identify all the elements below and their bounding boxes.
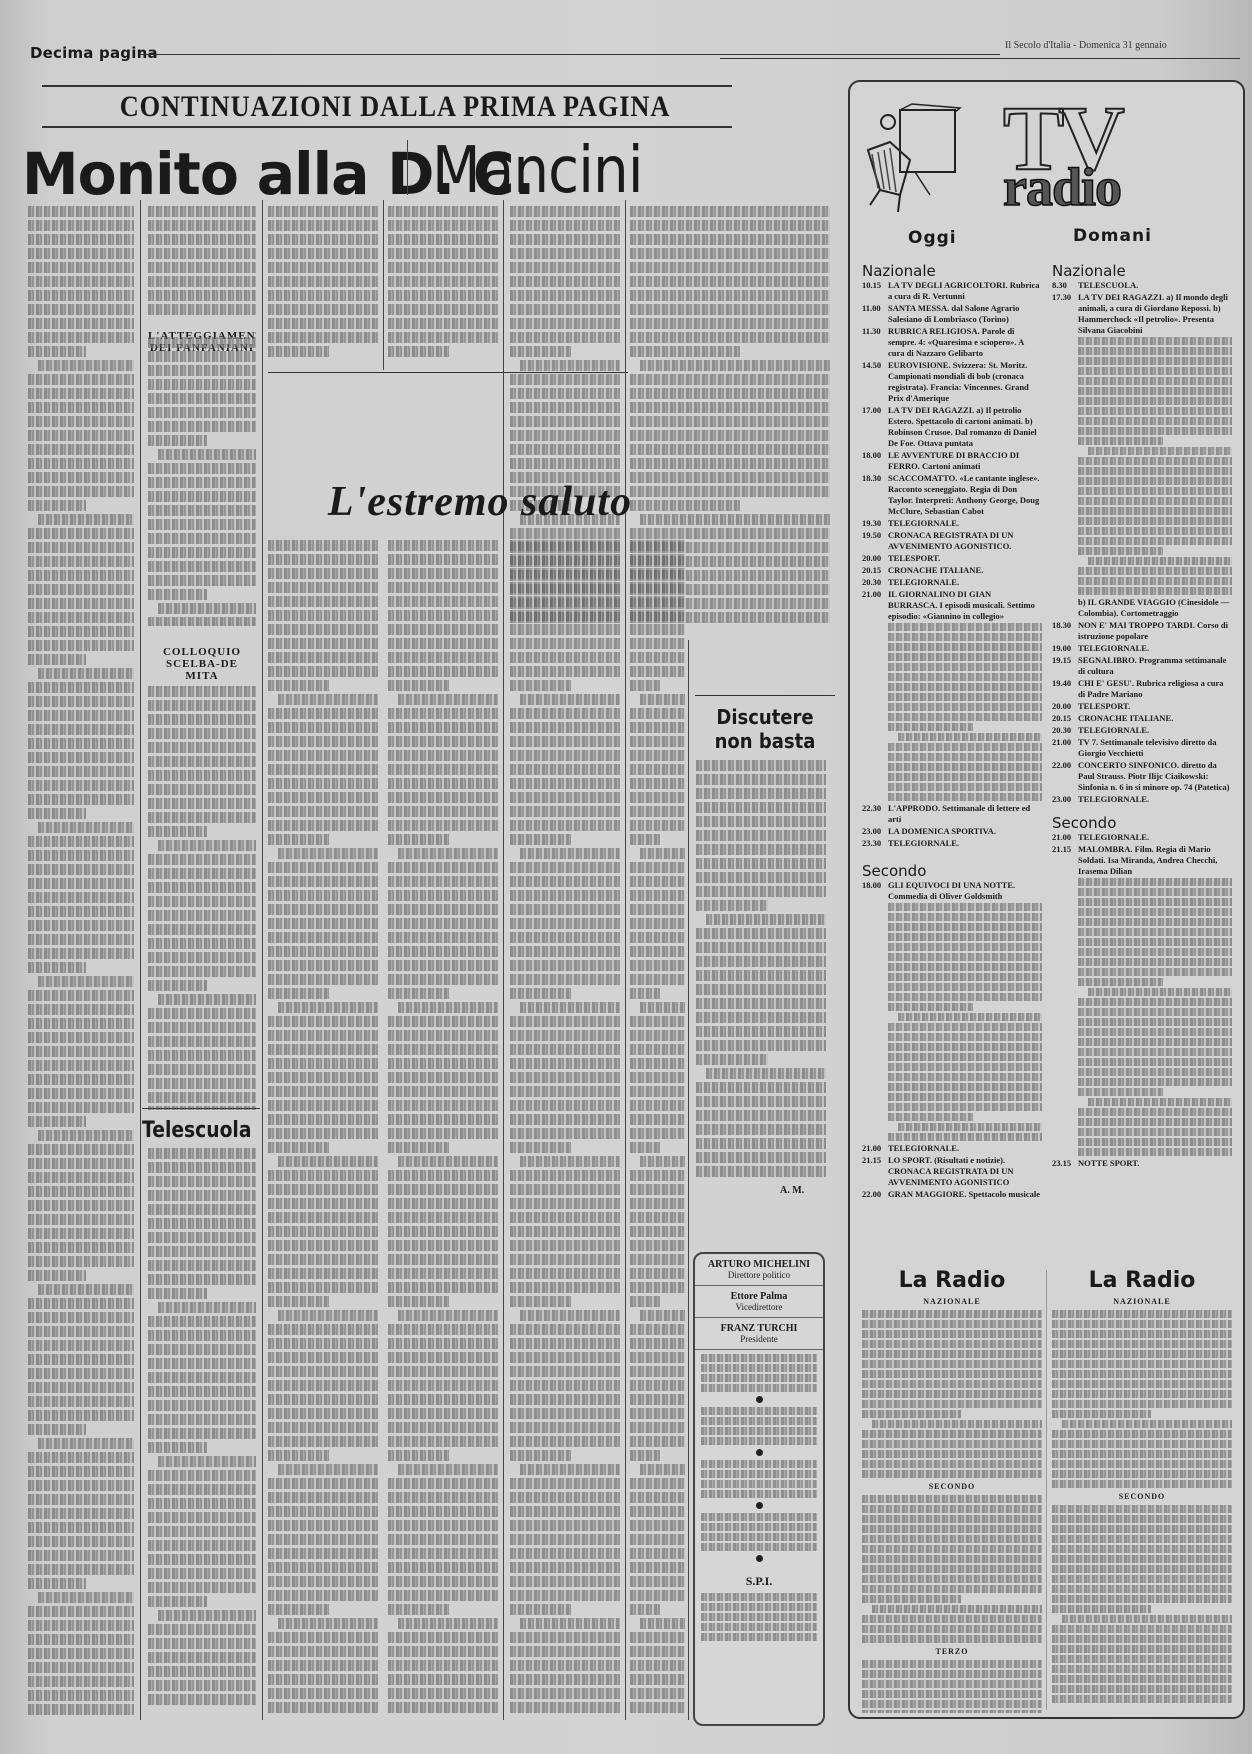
text-line xyxy=(1052,1605,1151,1613)
text-line xyxy=(28,990,134,1001)
text-line xyxy=(510,1702,620,1713)
text-line xyxy=(1052,1470,1232,1478)
text-line xyxy=(148,1232,256,1243)
text-line xyxy=(1078,1018,1232,1026)
text-line xyxy=(1052,1340,1232,1348)
text-line xyxy=(1088,988,1232,996)
text-line xyxy=(28,1312,134,1323)
program-title: MALOMBRA. Film. Regia di Mario Soldati. … xyxy=(1078,844,1232,877)
text-line xyxy=(1078,367,1232,375)
text-line xyxy=(28,738,134,749)
text-line xyxy=(268,666,378,677)
column-divider xyxy=(262,200,263,1720)
text-line xyxy=(888,1073,1042,1081)
text-line xyxy=(388,1380,498,1391)
text-line xyxy=(268,1114,378,1125)
radio-oggi: La RadioNAZIONALESECONDOTERZO xyxy=(862,1268,1042,1713)
text-line xyxy=(388,1128,498,1139)
text-line xyxy=(388,834,449,845)
text-line xyxy=(388,1184,498,1195)
text-line xyxy=(148,1358,256,1369)
text-line xyxy=(388,666,498,677)
text-line xyxy=(28,710,134,721)
text-line xyxy=(510,290,620,301)
text-line xyxy=(630,1604,660,1615)
text-line xyxy=(388,1296,449,1307)
text-line xyxy=(630,1254,685,1265)
text-line xyxy=(388,1254,498,1265)
program-time: 20.15 xyxy=(862,565,888,576)
text-line xyxy=(388,346,449,357)
text-line xyxy=(28,1340,134,1351)
program-title: IL GIORNALINO DI GIAN BURRASCA. I episod… xyxy=(888,589,1042,622)
staff-name: ARTURO MICHELINI xyxy=(699,1259,819,1270)
text-line xyxy=(158,840,256,851)
program-time: 11.00 xyxy=(862,303,888,325)
text-line xyxy=(630,1576,685,1587)
text-line xyxy=(388,736,498,747)
program-title: TELEGIORNALE. xyxy=(1078,794,1232,805)
discutere-rule xyxy=(695,695,835,696)
text-line xyxy=(630,960,685,971)
text-line xyxy=(630,1296,660,1307)
text-line xyxy=(148,854,256,865)
text-line xyxy=(510,554,620,565)
text-line xyxy=(268,1282,378,1293)
text-line xyxy=(510,1058,620,1069)
text-line xyxy=(268,1590,378,1601)
text-line xyxy=(701,1533,817,1541)
text-line xyxy=(630,638,685,649)
text-line xyxy=(696,956,826,967)
text-line xyxy=(696,1026,826,1037)
program-listing: 19.50CRONACA REGISTRATA DI UN AVVENIMENT… xyxy=(862,530,1042,552)
text-line xyxy=(148,1400,256,1411)
text-line xyxy=(630,1016,685,1027)
text-line xyxy=(510,1282,620,1293)
text-line xyxy=(278,1156,378,1167)
headline-saluto: L'estremo saluto xyxy=(270,478,690,526)
text-line xyxy=(701,1523,817,1531)
text-line xyxy=(630,1212,685,1223)
text-line xyxy=(28,1564,134,1575)
text-line xyxy=(510,904,620,915)
tv-listings-oggi: Nazionale10.15LA TV DEGLI AGRICOLTORI. R… xyxy=(862,262,1042,1262)
text-line xyxy=(28,1186,134,1197)
text-line xyxy=(148,938,256,949)
text-line xyxy=(862,1515,1042,1523)
program-title: NON E' MAI TROPPO TARDI. Corso di istruz… xyxy=(1078,620,1232,642)
text-line xyxy=(28,1508,134,1519)
text-line xyxy=(510,1674,620,1685)
text-line xyxy=(148,1638,256,1649)
text-line xyxy=(862,1460,1042,1468)
text-line xyxy=(28,850,134,861)
text-line xyxy=(268,932,378,943)
text-line xyxy=(888,763,1042,771)
text-line xyxy=(268,290,378,301)
text-line xyxy=(148,575,256,586)
text-line xyxy=(388,568,498,579)
text-line xyxy=(28,1634,134,1645)
text-line xyxy=(510,1114,620,1125)
text-line xyxy=(1078,567,1232,575)
text-line xyxy=(510,722,620,733)
text-line xyxy=(630,918,685,929)
article-column xyxy=(148,1148,256,1718)
text-line xyxy=(268,304,378,315)
column-divider xyxy=(503,200,504,1720)
text-line xyxy=(148,1246,256,1257)
text-line xyxy=(28,1032,134,1043)
program-time: 20.30 xyxy=(1052,725,1078,736)
article-column: L'ATTEGGIAMENTO DEI FANFANIANI xyxy=(148,206,256,626)
text-line xyxy=(28,1424,86,1435)
text-line xyxy=(28,388,134,399)
text-line xyxy=(862,1525,1042,1533)
text-line xyxy=(510,918,620,929)
text-line xyxy=(268,988,329,999)
text-line xyxy=(1078,898,1232,906)
text-line xyxy=(696,1082,826,1093)
staff-details xyxy=(695,1350,823,1570)
text-line xyxy=(630,388,830,399)
text-line xyxy=(148,686,256,697)
text-line xyxy=(388,1436,498,1447)
text-line xyxy=(510,764,620,775)
text-line xyxy=(510,750,620,761)
text-line xyxy=(268,1520,378,1531)
text-line xyxy=(1078,1058,1232,1066)
text-line xyxy=(388,290,498,301)
publisher-details xyxy=(695,1589,823,1647)
program-time: 10.15 xyxy=(862,280,888,302)
text-line xyxy=(388,1590,498,1601)
text-line xyxy=(510,528,620,539)
text-line xyxy=(630,332,830,343)
text-line xyxy=(28,1480,134,1491)
text-line xyxy=(701,1417,817,1425)
text-line xyxy=(630,1072,685,1083)
text-line xyxy=(28,1102,134,1113)
text-line xyxy=(510,374,620,385)
text-line xyxy=(1052,1575,1232,1583)
text-line xyxy=(388,596,498,607)
text-line xyxy=(520,848,620,859)
text-line xyxy=(1078,407,1232,415)
text-line xyxy=(268,554,378,565)
text-line xyxy=(520,1464,620,1475)
text-line xyxy=(1078,928,1232,936)
text-line xyxy=(630,1352,685,1363)
text-line xyxy=(28,1578,86,1589)
text-line xyxy=(388,234,498,245)
staff-item: Ettore PalmaVicedirettore xyxy=(695,1286,823,1318)
text-line xyxy=(148,1666,256,1677)
text-line xyxy=(630,750,685,761)
program-time: 21.00 xyxy=(1052,737,1078,759)
text-line xyxy=(148,1008,256,1019)
program-listing: 17.00LA TV DEI RAGAZZI. a) Il petrolio E… xyxy=(862,405,1042,449)
text-line xyxy=(28,654,86,665)
text-line xyxy=(888,1093,1042,1101)
text-line xyxy=(630,1324,685,1335)
text-line xyxy=(268,1212,378,1223)
text-line xyxy=(148,220,256,231)
text-line xyxy=(388,806,498,817)
text-line xyxy=(388,792,498,803)
text-line xyxy=(28,1158,134,1169)
text-line xyxy=(28,1326,134,1337)
program-title: SEGNALIBRO. Programma settimanale di cul… xyxy=(1078,655,1232,677)
text-line xyxy=(268,1226,378,1237)
text-line xyxy=(268,1100,378,1111)
text-line xyxy=(510,416,620,427)
text-line xyxy=(28,836,134,847)
text-line xyxy=(28,906,134,917)
program-listing: 22.00CONCERTO SINFONICO. diretto da Paul… xyxy=(1052,760,1232,793)
program-time: 17.00 xyxy=(862,405,888,449)
title-rule-top xyxy=(42,85,732,87)
text-line xyxy=(862,1635,1042,1643)
text-line xyxy=(28,472,134,483)
text-line xyxy=(28,1662,134,1673)
text-line xyxy=(888,973,1042,981)
text-line xyxy=(510,1660,620,1671)
text-line xyxy=(630,890,685,901)
text-line xyxy=(520,1156,620,1167)
text-line xyxy=(888,773,1042,781)
text-line xyxy=(388,1562,498,1573)
article-column xyxy=(28,206,134,1716)
text-line xyxy=(148,379,256,390)
text-line xyxy=(148,1330,256,1341)
text-line xyxy=(268,1562,378,1573)
text-line xyxy=(510,820,620,831)
text-line xyxy=(510,974,620,985)
text-line xyxy=(1062,1420,1232,1428)
text-line xyxy=(38,976,134,987)
program-title: GLI EQUIVOCI DI UNA NOTTE. Commedia di O… xyxy=(888,880,1042,902)
text-line xyxy=(38,1130,134,1141)
text-line xyxy=(268,568,378,579)
text-line xyxy=(510,402,620,413)
text-line xyxy=(888,793,1042,801)
staff-role: Presidente xyxy=(740,1334,778,1344)
text-line xyxy=(1088,557,1232,565)
text-line xyxy=(630,1422,685,1433)
text-line xyxy=(38,1438,134,1449)
text-line xyxy=(510,1646,620,1657)
radio-section-heading: TERZO xyxy=(862,1647,1042,1656)
text-line xyxy=(388,722,498,733)
text-line xyxy=(862,1330,1042,1338)
text-line xyxy=(630,430,830,441)
text-line xyxy=(510,638,620,649)
program-listing: b) IL GRANDE VIAGGIO (Cinesidole — Colom… xyxy=(1052,597,1232,619)
text-line xyxy=(148,980,207,991)
text-line xyxy=(888,1033,1042,1041)
text-line xyxy=(388,960,498,971)
text-line xyxy=(28,458,134,469)
headline-line: non basta xyxy=(711,729,819,753)
text-line xyxy=(1078,1068,1232,1076)
program-title: L'APPRODO. Settimanale di lettere ed art… xyxy=(888,803,1042,825)
text-line xyxy=(148,1498,256,1509)
text-line xyxy=(630,1534,685,1545)
staff-name: Ettore Palma xyxy=(699,1291,819,1302)
text-line xyxy=(696,998,826,1009)
text-line xyxy=(1078,1148,1232,1156)
text-line xyxy=(148,700,256,711)
program-time: 20.15 xyxy=(1052,713,1078,724)
text-line xyxy=(268,1422,378,1433)
text-line xyxy=(28,1200,134,1211)
program-time: 19.40 xyxy=(1052,678,1078,700)
text-line xyxy=(888,1133,1042,1141)
text-line xyxy=(862,1410,961,1418)
text-line xyxy=(1052,1665,1232,1673)
text-line xyxy=(1078,918,1232,926)
text-line xyxy=(38,1284,134,1295)
network-heading: Secondo xyxy=(1052,814,1232,832)
text-line xyxy=(388,276,498,287)
text-line xyxy=(888,753,1042,761)
program-time: 19.50 xyxy=(862,530,888,552)
text-line xyxy=(696,1012,826,1023)
text-line xyxy=(862,1615,1042,1623)
text-line xyxy=(510,1324,620,1335)
program-listing: 20.15CRONACHE ITALIANE. xyxy=(862,565,1042,576)
text-line xyxy=(268,1534,378,1545)
text-line xyxy=(630,220,830,231)
program-time: 22.00 xyxy=(862,1189,888,1200)
text-line xyxy=(1062,1615,1232,1623)
text-line xyxy=(148,1204,256,1215)
text-line xyxy=(268,652,378,663)
text-line xyxy=(388,708,498,719)
text-line xyxy=(862,1710,1042,1713)
text-line xyxy=(1078,878,1232,886)
text-line xyxy=(268,1366,378,1377)
headline-divider xyxy=(407,140,408,195)
program-listing: 10.15LA TV DEGLI AGRICOLTORI. Rubrica a … xyxy=(862,280,1042,302)
tv-viewer-icon xyxy=(860,100,970,220)
text-line xyxy=(630,1058,685,1069)
text-line xyxy=(388,932,498,943)
text-line xyxy=(388,1604,449,1615)
program-title: SANTA MESSA. dal Salone Agrario Salesian… xyxy=(888,303,1042,325)
text-line xyxy=(630,834,660,845)
day-oggi: Oggi xyxy=(908,228,957,248)
text-line xyxy=(862,1340,1042,1348)
text-line xyxy=(148,1050,256,1061)
text-line xyxy=(1052,1460,1232,1468)
text-line xyxy=(630,582,685,593)
text-line xyxy=(388,540,498,551)
text-line xyxy=(388,876,498,887)
text-line xyxy=(630,736,685,747)
text-line xyxy=(28,556,134,567)
text-line xyxy=(640,848,685,859)
text-line xyxy=(148,365,256,376)
program-listing: 21.00TELEGIORNALE. xyxy=(1052,832,1232,843)
program-title: TELESPORT. xyxy=(888,553,1042,564)
text-line xyxy=(148,924,256,935)
program-title: TELEGIORNALE. xyxy=(888,1143,1042,1154)
text-line xyxy=(1078,998,1232,1006)
text-line xyxy=(510,444,620,455)
text-line xyxy=(388,1268,498,1279)
text-line xyxy=(630,458,830,469)
program-time: 23.15 xyxy=(1052,1158,1078,1169)
text-line xyxy=(148,1148,256,1159)
text-line xyxy=(268,792,378,803)
text-line xyxy=(1078,888,1232,896)
publisher: S.P.I. xyxy=(695,1574,823,1589)
text-line xyxy=(888,1113,973,1121)
text-line xyxy=(872,1605,1042,1613)
text-line xyxy=(28,1172,134,1183)
text-line xyxy=(28,892,134,903)
text-line xyxy=(510,1548,620,1559)
text-line xyxy=(28,682,134,693)
text-line xyxy=(510,1100,620,1111)
text-line xyxy=(148,234,256,245)
text-line xyxy=(148,1484,256,1495)
text-line xyxy=(510,1562,620,1573)
text-line xyxy=(38,360,134,371)
program-listing: 21.00IL GIORNALINO DI GIAN BURRASCA. I e… xyxy=(862,589,1042,622)
program-title: LA TV DEGLI AGRICOLTORI. Rubrica a cura … xyxy=(888,280,1042,302)
text-line xyxy=(268,638,378,649)
text-line xyxy=(862,1380,1042,1388)
header-rule xyxy=(140,54,1000,55)
text-line xyxy=(510,1632,620,1643)
text-line xyxy=(640,360,830,371)
text-line xyxy=(696,1096,826,1107)
text-line xyxy=(388,1212,498,1223)
text-line xyxy=(701,1364,817,1372)
text-line xyxy=(630,932,685,943)
text-line xyxy=(38,668,134,679)
text-line xyxy=(148,784,256,795)
text-line xyxy=(696,774,826,785)
text-line xyxy=(148,1386,256,1397)
program-listing: 18.30NON E' MAI TROPPO TARDI. Corso di i… xyxy=(1052,620,1232,642)
text-line xyxy=(28,1466,134,1477)
column-divider xyxy=(140,200,141,1720)
text-line xyxy=(268,1254,378,1265)
text-line xyxy=(398,694,498,705)
text-line xyxy=(28,598,134,609)
program-title: CONCERTO SINFONICO. diretto da Paul Stra… xyxy=(1078,760,1232,793)
text-line xyxy=(1052,1310,1232,1318)
text-line xyxy=(510,1338,620,1349)
text-line xyxy=(1052,1450,1232,1458)
text-line xyxy=(28,1536,134,1547)
header-rule-right xyxy=(720,58,1240,59)
text-line xyxy=(630,1142,660,1153)
text-line xyxy=(630,248,830,259)
staff-box: ARTURO MICHELINIDirettore politico Ettor… xyxy=(693,1252,825,1726)
text-line xyxy=(388,206,498,217)
program-time xyxy=(1052,597,1078,619)
text-line xyxy=(28,1452,134,1463)
text-line xyxy=(148,1652,256,1663)
text-line xyxy=(268,1702,378,1713)
article-column: COLLOQUIO SCELBA-DE MITA xyxy=(148,640,256,1110)
